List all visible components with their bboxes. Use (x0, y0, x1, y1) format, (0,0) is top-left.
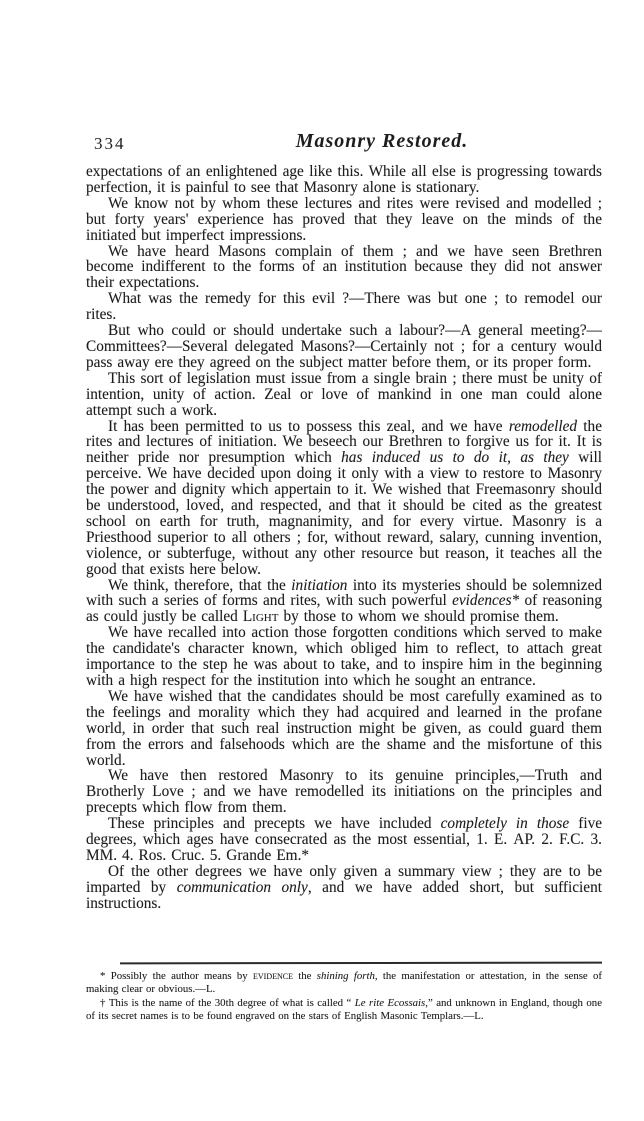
body-run: We have wished that the candidates shoul… (86, 688, 602, 769)
italic-text: has induced us to do it, as they (341, 449, 569, 466)
body-run: We think, therefore, that the (108, 577, 291, 594)
paragraph: These principles and precepts we have in… (86, 816, 602, 864)
italic-text: completely in those (441, 815, 570, 832)
paragraph: We know not by whom these lectures and r… (86, 196, 602, 244)
body-run: by those to whom we should promise them. (278, 608, 558, 625)
footnote-divider (120, 962, 602, 965)
page-header: 334 Masonry Restored. (86, 130, 602, 160)
paragraph: This sort of legislation must issue from… (86, 371, 602, 419)
page-number: 334 (94, 134, 126, 154)
body-run: What was the remedy for this evil ?—Ther… (86, 290, 602, 323)
body-run: We have then restored Masonry to its gen… (86, 767, 602, 816)
book-page: 334 Masonry Restored. expectations of an… (0, 0, 644, 1121)
paragraph: We have recalled into action those forgo… (86, 625, 602, 689)
body-run: This sort of legislation must issue from… (86, 370, 602, 419)
body-run: will perceive. We have decided upon doin… (86, 449, 602, 577)
footnote: * Possibly the author means by evidence … (86, 970, 602, 997)
body-run: the (293, 970, 317, 982)
italic-text: communication only (177, 879, 308, 896)
smallcaps-text: evidence (253, 970, 293, 982)
smallcaps-text: Light (243, 608, 279, 625)
paragraph: We have heard Masons complain of them ; … (86, 244, 602, 292)
paragraph: We have then restored Masonry to its gen… (86, 768, 602, 816)
italic-text: remodelled (509, 418, 577, 435)
paragraph: We think, therefore, that the initiation… (86, 578, 602, 626)
paragraph: It has been permitted to us to possess t… (86, 419, 602, 578)
body-text: expectations of an enlightened age like … (86, 164, 602, 912)
italic-text: evidences* (452, 592, 519, 609)
body-run: It has been permitted to us to possess t… (108, 418, 509, 435)
body-run: But who could or should undertake such a… (86, 322, 602, 371)
paragraph: What was the remedy for this evil ?—Ther… (86, 291, 602, 323)
body-run: We have recalled into action those forgo… (86, 624, 602, 689)
body-run: expectations of an enlightened age like … (86, 164, 602, 196)
italic-text: initiation (291, 577, 347, 594)
body-run: We have heard Masons complain of them ; … (86, 243, 602, 292)
italic-text: Le rite Ecossais (355, 997, 426, 1009)
body-run: We know not by whom these lectures and r… (86, 195, 602, 244)
italic-text: shining forth (317, 970, 375, 982)
paragraph: But who could or should undertake such a… (86, 323, 602, 371)
paragraph: expectations of an enlightened age like … (86, 164, 602, 196)
paragraph: We have wished that the candidates shoul… (86, 689, 602, 769)
running-title: Masonry Restored. (296, 130, 469, 153)
body-run: † This is the name of the 30th degree of… (100, 997, 355, 1009)
footnotes: * Possibly the author means by evidence … (86, 970, 602, 1024)
body-run: These principles and precepts we have in… (108, 815, 441, 832)
paragraph: Of the other degrees we have only given … (86, 864, 602, 912)
footnote: † This is the name of the 30th degree of… (86, 997, 602, 1024)
body-run: * Possibly the author means by (100, 970, 253, 982)
